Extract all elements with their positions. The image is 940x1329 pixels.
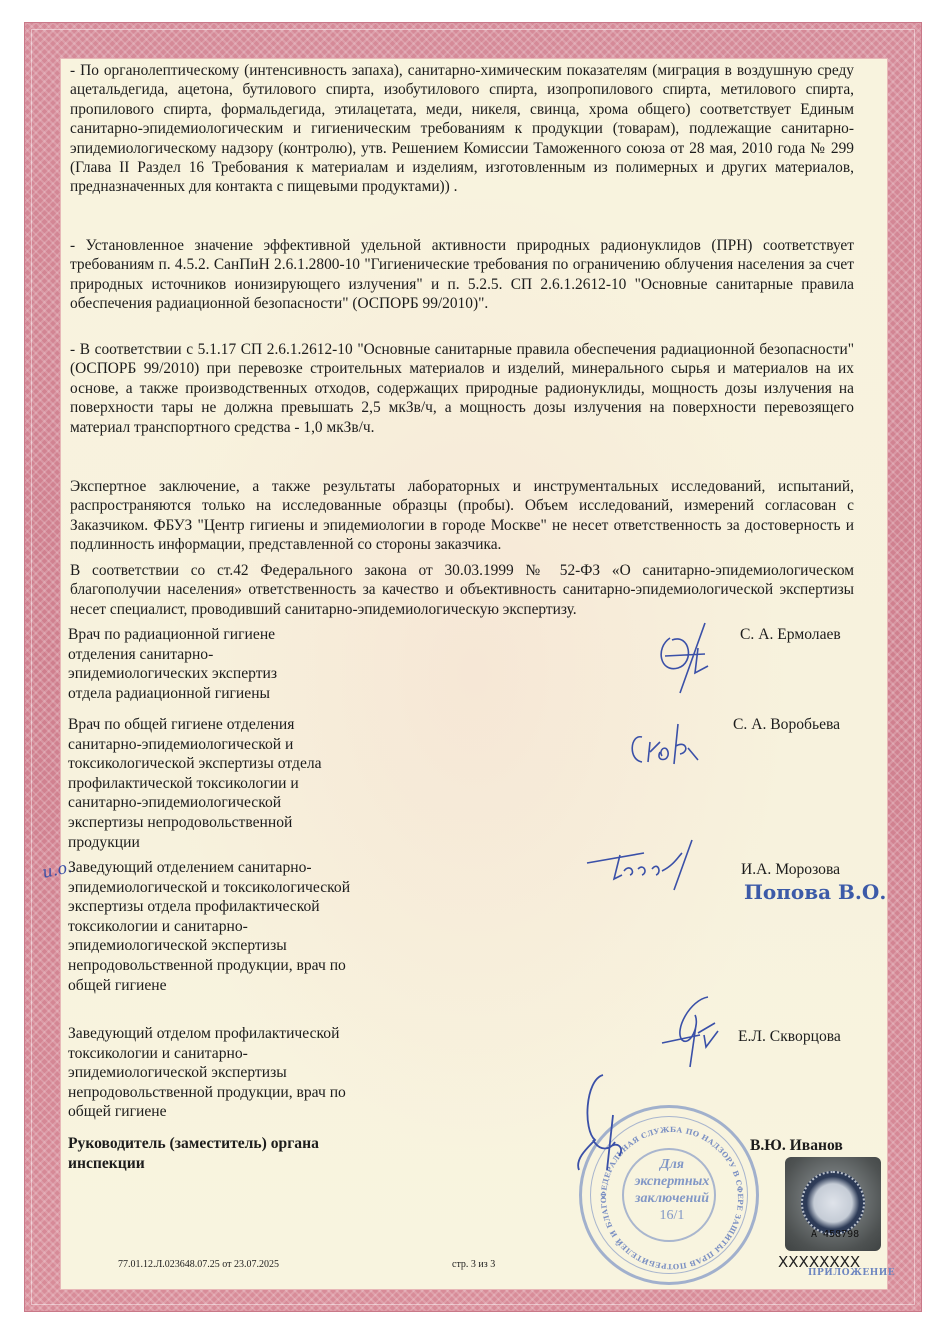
signature-vorobyeva-icon xyxy=(620,712,710,772)
signatory-name: И.А. Морозова xyxy=(741,861,840,879)
paragraph-radionuclides: - Установленное значение эффективной уде… xyxy=(70,236,854,314)
signature-skvortsova-icon xyxy=(660,995,730,1070)
signature-ivanov-icon xyxy=(565,1070,635,1180)
hologram-serial: А 458798 xyxy=(811,1229,859,1240)
signatory-name: В.Ю. Иванов xyxy=(750,1137,843,1155)
footer-document-number: 77.01.12.Л.023648.07.25 от 23.07.2025 xyxy=(118,1259,279,1270)
seal-center-text: Для экспертных заключений 16/1 xyxy=(622,1156,722,1224)
paragraph-disclaimer: Экспертное заключение, а также результат… xyxy=(70,477,854,555)
signatory-name: С. А. Воробьева xyxy=(733,716,840,734)
appendix-label: ПРИЛОЖЕНИЕ xyxy=(808,1268,895,1278)
seal-number: 16/1 xyxy=(622,1207,722,1224)
seal-line: экспертных xyxy=(622,1173,722,1190)
emblem-icon xyxy=(801,1171,865,1235)
security-hologram: А 458798 xyxy=(785,1157,881,1251)
paragraph-organoleptic: - По органолептическому (интенсивность з… xyxy=(70,61,854,197)
seal-line: заключений xyxy=(622,1190,722,1207)
signature-ermolaev-icon xyxy=(650,618,730,698)
paragraph-liability: В соответствии со ст.42 Федерального зак… xyxy=(70,561,854,619)
acting-name-stamp: Попова В.О. xyxy=(744,880,886,904)
seal-line: Для xyxy=(622,1156,722,1173)
signatory-title-head-division: Заведующий отделом профилактической токс… xyxy=(68,1024,358,1122)
signatory-title-inspection-head: Руководитель (заместитель) органа инспек… xyxy=(68,1134,368,1173)
signature-morozova-icon xyxy=(582,835,712,895)
footer-page-number: стр. 3 из 3 xyxy=(452,1259,495,1270)
signatory-name: С. А. Ермолаев xyxy=(740,626,841,644)
signatory-name: Е.Л. Скворцова xyxy=(738,1028,841,1046)
signatory-title-head-department: Заведующий отделением санитарно-эпидемио… xyxy=(68,858,358,995)
signatory-title-radiation: Врач по радиационной гигиене отделения с… xyxy=(68,625,308,703)
signatory-title-general-hygiene: Врач по общей гигиене отделения санитарн… xyxy=(68,715,358,852)
paragraph-transport-dose: - В соответствии с 5.1.17 СП 2.6.1.2612-… xyxy=(70,340,854,437)
